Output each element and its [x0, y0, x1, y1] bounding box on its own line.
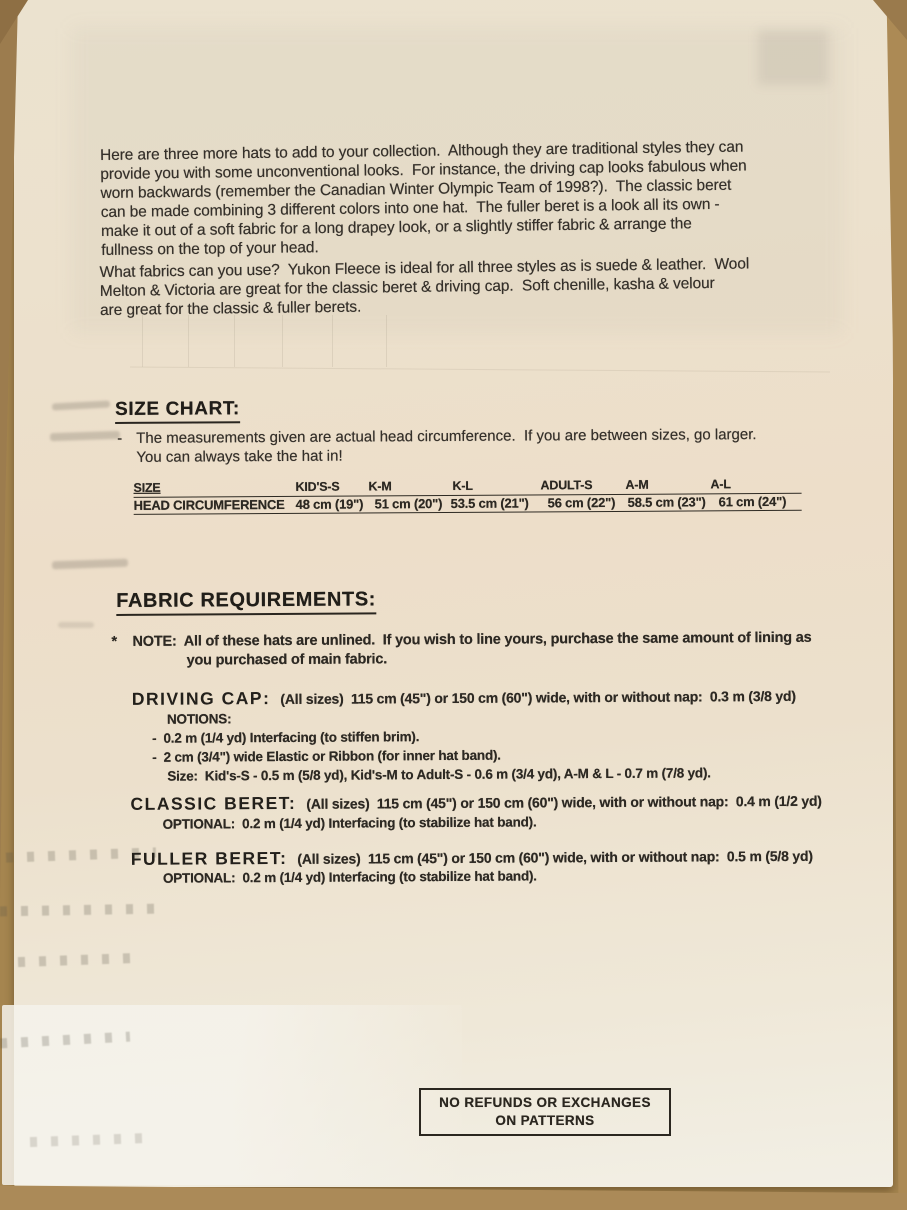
size-table-value-cell: 56 cm (22"): [548, 495, 616, 510]
driving-cap-title-row: DRIVING CAP: (All sizes) 115 cm (45") or…: [132, 685, 796, 710]
note-asterisk: *: [111, 634, 117, 650]
driving-cap-notions-label: NOTIONS:: [167, 711, 231, 726]
fabric-note-line-2: you purchased of main fabric.: [187, 651, 388, 668]
fabric-note-line-1: NOTE: All of these hats are unlined. If …: [132, 630, 811, 650]
no-refunds-line-1: NO REFUNDS OR EXCHANGES: [439, 1094, 651, 1112]
scanned-pattern-page: Here are three more hats to add to your …: [0, 0, 907, 1210]
size-table-value-cell: 61 cm (24"): [719, 494, 787, 509]
fabric-requirements-heading: FABRIC REQUIREMENTS:: [116, 588, 376, 616]
fuller-beret-summary: (All sizes) 115 cm (45") or 150 cm (60")…: [297, 848, 812, 867]
fuller-beret-optional-line: OPTIONAL: 0.2 m (1/4 yd) Interfacing (to…: [163, 868, 537, 885]
no-refunds-stamp-box: NO REFUNDS OR EXCHANGES ON PATTERNS: [419, 1088, 671, 1136]
driving-cap-notion-line: - 0.2 m (1/4 yd) Interfacing (to stiffen…: [152, 729, 419, 746]
classic-beret-title-row: CLASSIC BERET: (All sizes) 115 cm (45") …: [130, 790, 821, 815]
size-chart-note: The measurements given are actual head c…: [136, 425, 757, 467]
size-table-value-row: HEAD CIRCUMFERENCE 48 cm (19") 51 cm (20…: [134, 493, 802, 515]
no-refunds-line-2: ON PATTERNS: [495, 1112, 594, 1130]
size-table-row-label: HEAD CIRCUMFERENCE: [134, 497, 285, 513]
size-chart-heading: SIZE CHART:: [115, 398, 240, 424]
classic-beret-optional-line: OPTIONAL: 0.2 m (1/4 yd) Interfacing (to…: [163, 814, 537, 831]
note-line: You can always take the hat in!: [136, 444, 756, 467]
size-table-header-cell: ADULT-S: [540, 478, 592, 492]
size-table-value-cell: 53.5 cm (21"): [451, 495, 529, 510]
classic-beret-title: CLASSIC BERET:: [130, 793, 296, 815]
size-table-value-cell: 51 cm (20"): [375, 496, 443, 511]
driving-cap-title: DRIVING CAP:: [132, 688, 271, 710]
size-table-header-cell: SIZE: [133, 481, 160, 495]
size-table-header-cell: KID'S-S: [295, 480, 339, 494]
note-line: The measurements given are actual head c…: [136, 425, 756, 448]
fuller-beret-title-row: FULLER BERET: (All sizes) 115 cm (45") o…: [131, 845, 813, 870]
driving-cap-notion-line: - 2 cm (3/4") wide Elastic or Ribbon (fo…: [152, 748, 501, 765]
bullet-dash: -: [117, 429, 122, 448]
main-content: SIZE CHART: - The measurements given are…: [0, 0, 907, 1210]
size-table-header-cell: A-L: [710, 477, 730, 491]
size-table-value-cell: 48 cm (19"): [296, 496, 364, 511]
classic-beret-summary: (All sizes) 115 cm (45") or 150 cm (60")…: [306, 793, 821, 812]
driving-cap-size-line: Size: Kid's-S - 0.5 m (5/8 yd), Kid's-M …: [167, 765, 711, 783]
driving-cap-summary: (All sizes) 115 cm (45") or 150 cm (60")…: [280, 688, 795, 707]
size-table-value-cell: 58.5 cm (23"): [628, 494, 706, 509]
size-table-header-cell: A-M: [625, 478, 648, 492]
fuller-beret-title: FULLER BERET:: [131, 848, 288, 870]
size-table-header-cell: K-M: [368, 479, 391, 493]
size-table-header-cell: K-L: [452, 479, 472, 493]
